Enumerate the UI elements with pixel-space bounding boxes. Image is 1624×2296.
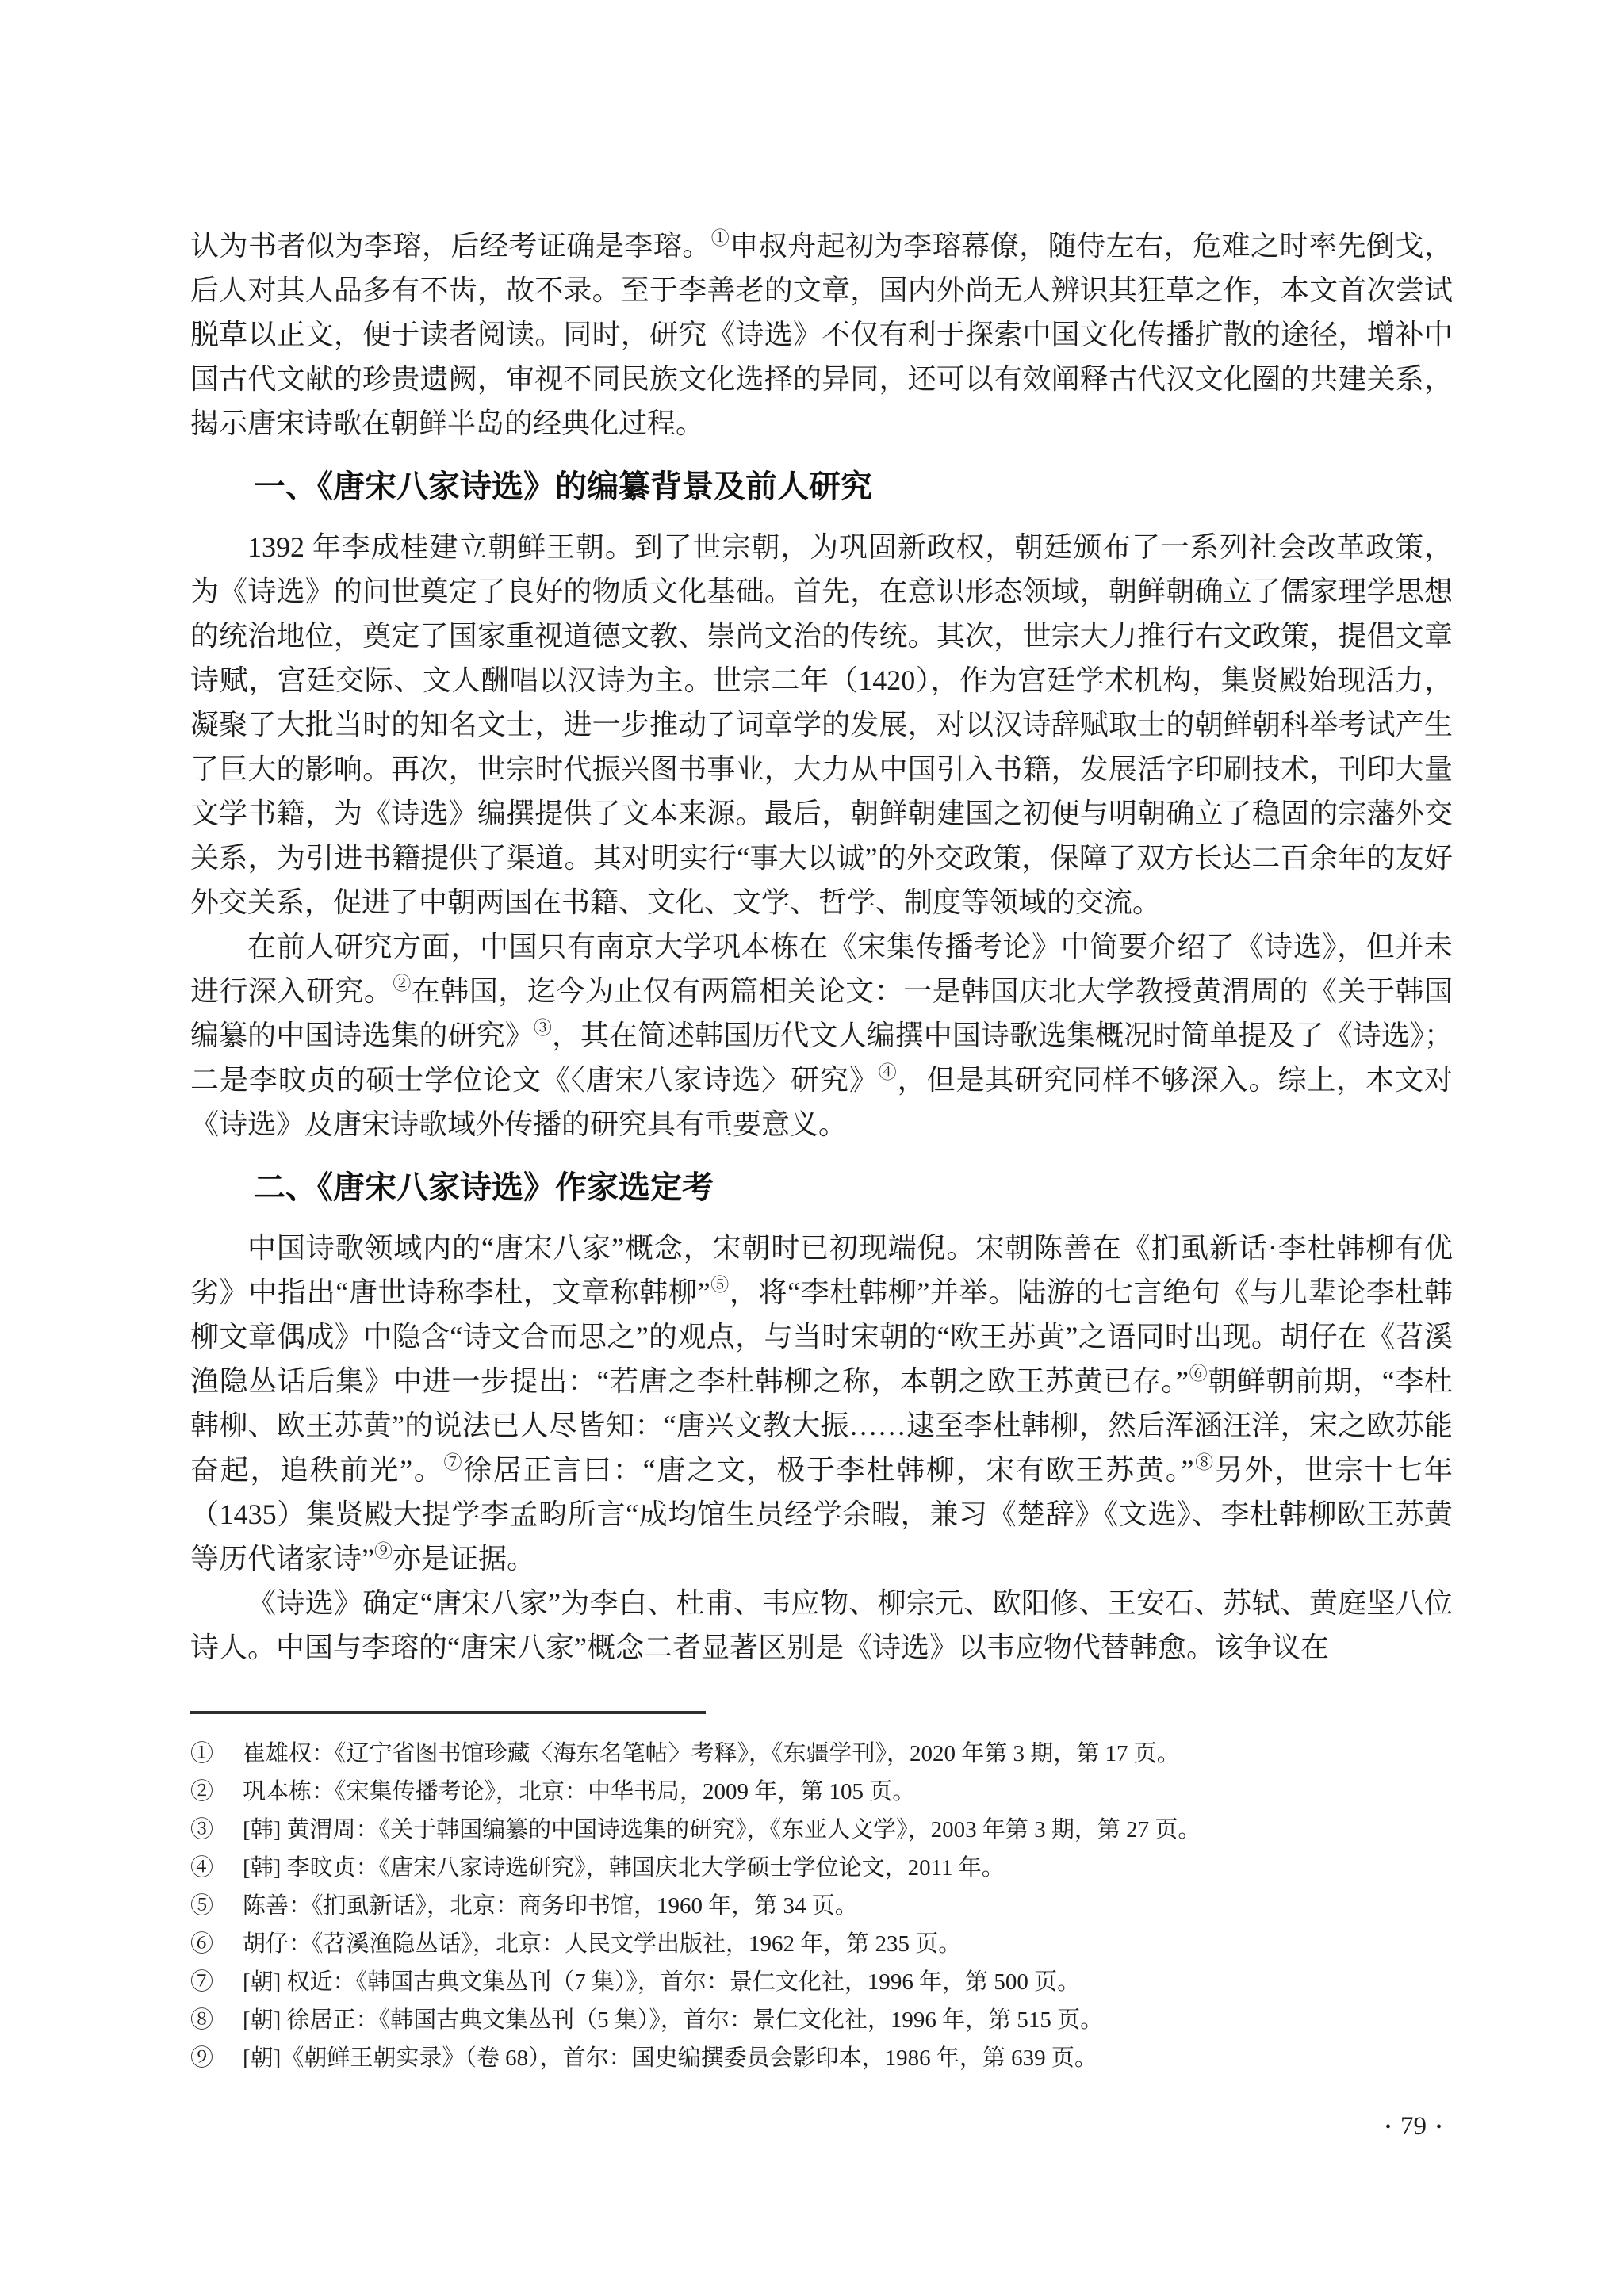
- footnote-text: 巩本栋：《宋集传播考论》，北京：中华书局，2009 年，第 105 页。: [243, 1773, 1453, 1811]
- footnote-ref: ⑤: [710, 1275, 730, 1295]
- body-paragraph: 中国诗歌领域内的“唐宋八家”概念，宋朝时已初现端倪。宋朝陈善在《扪虱新话·李杜韩…: [190, 1226, 1453, 1581]
- footnote-marker: ⑤: [190, 1887, 243, 1925]
- text-run: 1392 年李成桂建立朝鲜王朝。到了世宗朝，为巩固新政权，朝廷颁布了一系列社会改…: [190, 531, 1453, 918]
- footnote-marker: ⑦: [190, 1963, 243, 2001]
- footnote-divider: [190, 1711, 706, 1714]
- footnote-ref: ⑦: [444, 1452, 464, 1472]
- footnote-ref: ①: [711, 228, 730, 248]
- footnote-ref: ③: [534, 1018, 552, 1038]
- footnote-text: 胡仔：《苕溪渔隐丛话》，北京：人民文学出版社，1962 年，第 235 页。: [243, 1925, 1453, 1963]
- footnotes-section: ①崔雄权：《辽宁省图书馆珍藏〈海东名笔帖〉考释》，《东疆学刊》，2020 年第 …: [190, 1735, 1453, 2077]
- footnote-item: ③[韩] 黄渭周：《关于韩国编纂的中国诗选集的研究》，《东亚人文学》，2003 …: [190, 1811, 1453, 1849]
- article-body: 认为书者似为李瑢，后经考证确是李瑢。①申叔舟起初为李瑢幕僚，随侍左右，危难之时率…: [190, 224, 1453, 2077]
- body-paragraph: 在前人研究方面，中国只有南京大学巩本栋在《宋集传播考论》中简要介绍了《诗选》，但…: [190, 924, 1453, 1146]
- footnote-text: [韩] 黄渭周：《关于韩国编纂的中国诗选集的研究》，《东亚人文学》，2003 年…: [243, 1811, 1453, 1849]
- footnote-item: ⑨[朝]《朝鲜王朝实录》（卷 68），首尔：国史编撰委员会影印本，1986 年，…: [190, 2039, 1453, 2077]
- body-paragraph: 《诗选》确定“唐宋八家”为李白、杜甫、韦应物、柳宗元、欧阳修、王安石、苏轼、黄庭…: [190, 1581, 1453, 1670]
- article-blocks: 认为书者似为李瑢，后经考证确是李瑢。①申叔舟起初为李瑢幕僚，随侍左右，危难之时率…: [190, 224, 1453, 1670]
- footnote-item: ①崔雄权：《辽宁省图书馆珍藏〈海东名笔帖〉考释》，《东疆学刊》，2020 年第 …: [190, 1735, 1453, 1773]
- footnote-text: [韩] 李旼贞：《唐宋八家诗选研究》，韩国庆北大学硕士学位论文，2011 年。: [243, 1849, 1453, 1887]
- footnote-text: [朝]《朝鲜王朝实录》（卷 68），首尔：国史编撰委员会影印本，1986 年，第…: [243, 2039, 1453, 2077]
- footnote-marker: ⑧: [190, 2001, 243, 2039]
- footnote-item: ⑤陈善：《扪虱新话》，北京：商务印书馆，1960 年，第 34 页。: [190, 1887, 1453, 1925]
- footnote-item: ⑧[朝] 徐居正：《韩国古典文集丛刊（5 集）》，首尔：景仁文化社，1996 年…: [190, 2001, 1453, 2039]
- footnote-marker: ③: [190, 1811, 243, 1849]
- section-heading: 二、《唐宋八家诗选》作家选定考: [190, 1165, 1453, 1210]
- page-number: 79: [1400, 2112, 1427, 2141]
- footnote-ref: ⑧: [1193, 1452, 1214, 1472]
- footnote-marker: ④: [190, 1849, 243, 1887]
- footnote-marker: ②: [190, 1773, 243, 1811]
- footnote-ref: ②: [393, 974, 412, 993]
- footnote-marker: ①: [190, 1735, 243, 1773]
- footnote-ref: ⑨: [374, 1541, 393, 1561]
- page-number-dot-left: •: [1385, 2119, 1391, 2135]
- footnote-text: 陈善：《扪虱新话》，北京：商务印书馆，1960 年，第 34 页。: [243, 1887, 1453, 1925]
- footnote-text: [朝] 权近：《韩国古典文集丛刊（7 集）》，首尔：景仁文化社，1996 年，第…: [243, 1963, 1453, 2001]
- text-run: 亦是证据。: [393, 1543, 535, 1575]
- page-number-dot-right: •: [1436, 2119, 1442, 2135]
- section-heading: 一、《唐宋八家诗选》的编纂背景及前人研究: [190, 465, 1453, 509]
- footnote-ref: ⑥: [1189, 1364, 1208, 1383]
- footnote-marker: ⑥: [190, 1925, 243, 1963]
- footnote-item: ④[韩] 李旼贞：《唐宋八家诗选研究》，韩国庆北大学硕士学位论文，2011 年。: [190, 1849, 1453, 1887]
- page-footer: • 79 •: [1385, 2112, 1442, 2141]
- body-paragraph: 认为书者似为李瑢，后经考证确是李瑢。①申叔舟起初为李瑢幕僚，随侍左右，危难之时率…: [190, 224, 1453, 446]
- text-run: 徐居正言曰：“唐之文，极于李杜韩柳，宋有欧王苏黄。”: [463, 1454, 1193, 1486]
- footnote-item: ⑥胡仔：《苕溪渔隐丛话》，北京：人民文学出版社，1962 年，第 235 页。: [190, 1925, 1453, 1963]
- footnote-item: ⑦[朝] 权近：《韩国古典文集丛刊（7 集）》，首尔：景仁文化社，1996 年，…: [190, 1963, 1453, 2001]
- footnote-text: [朝] 徐居正：《韩国古典文集丛刊（5 集）》，首尔：景仁文化社，1996 年，…: [243, 2001, 1453, 2039]
- text-run: 认为书者似为李瑢，后经考证确是李瑢。: [190, 230, 711, 262]
- footnote-ref: ④: [879, 1062, 898, 1082]
- footnote-marker: ⑨: [190, 2039, 243, 2077]
- footnote-text: 崔雄权：《辽宁省图书馆珍藏〈海东名笔帖〉考释》，《东疆学刊》，2020 年第 3…: [243, 1735, 1453, 1773]
- footnote-item: ②巩本栋：《宋集传播考论》，北京：中华书局，2009 年，第 105 页。: [190, 1773, 1453, 1811]
- body-paragraph: 1392 年李成桂建立朝鲜王朝。到了世宗朝，为巩固新政权，朝廷颁布了一系列社会改…: [190, 525, 1453, 924]
- text-run: 《诗选》确定“唐宋八家”为李白、杜甫、韦应物、柳宗元、欧阳修、王安石、苏轼、黄庭…: [190, 1587, 1453, 1663]
- journal-page: 认为书者似为李瑢，后经考证确是李瑢。①申叔舟起初为李瑢幕僚，随侍左右，危难之时率…: [0, 0, 1624, 2296]
